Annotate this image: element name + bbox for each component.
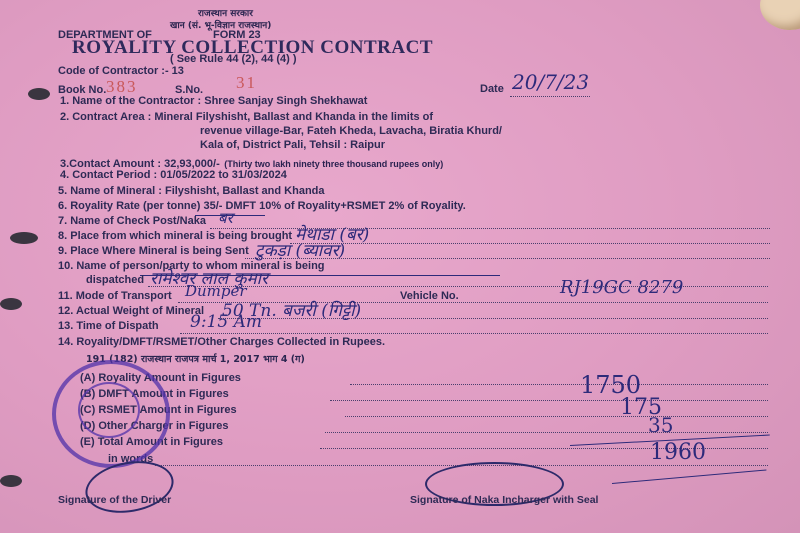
rsmet-amount-line — [345, 416, 768, 417]
field-contract-area: 2. Contract Area : Mineral Filyshisht, B… — [60, 111, 433, 123]
royality-amount-line — [350, 384, 768, 385]
time-line — [180, 333, 768, 334]
field-mineral-name: 5. Name of Mineral : Filyshisht, Ballast… — [58, 185, 325, 197]
serial-no-value: 31 — [236, 73, 257, 93]
date-underline — [510, 96, 590, 97]
field-transport-mode: 11. Mode of Transport — [58, 290, 172, 302]
dispatch-time-value: 9:15 Am — [190, 312, 262, 332]
dmft-amount-line — [330, 400, 768, 401]
rule-reference: ( See Rule 44 (2), 44 (4) ) — [170, 53, 297, 65]
field-dispatched: dispatched — [86, 274, 144, 286]
field-dispatch-time: 13. Time of Dispath — [58, 320, 159, 332]
binding-hole — [10, 232, 38, 244]
book-no-value: 383 — [106, 77, 138, 97]
binding-hole — [0, 298, 22, 310]
field-contractor-name: 1. Name of the Contractor : Shree Sanjay… — [60, 95, 367, 107]
field-contract-area-line3: Kala of, District Pali, Tehsil : Raipur — [200, 139, 385, 151]
place-to-value: टुकड़ा (ब्यावर) — [255, 238, 345, 261]
field-royality-rate: 6. Royality Rate (per tonne) 35/- DMFT 1… — [58, 200, 466, 212]
vehicle-no-value: RJ19GC 8279 — [560, 277, 683, 298]
naka-signature-label: Signature of Naka Incharger with Seal — [410, 494, 598, 506]
field-charges-heading: 14. Royality/DMFT/RSMET/Other Charges Co… — [58, 336, 385, 348]
contract-amount-words: (Thirty two lakh ninety three thousand r… — [224, 159, 443, 169]
driver-signature-label: Signature of the Driver — [58, 494, 171, 506]
contractor-code: Code of Contractor :- 13 — [58, 65, 184, 77]
field-contract-period: 4. Contact Period : 01/05/2022 to 31/03/… — [60, 169, 287, 181]
total-amount-value: 1960 — [650, 440, 706, 465]
check-post-value: बर — [218, 208, 233, 228]
binding-hole — [28, 88, 50, 100]
thumb-in-photo — [760, 0, 800, 30]
vehicle-no-label: Vehicle No. — [400, 290, 459, 302]
date-label: Date — [480, 83, 504, 95]
other-charges-line — [325, 432, 768, 433]
rsmet-amount-value: 35 — [648, 413, 673, 437]
official-seal-inner-ring — [78, 382, 140, 438]
field-contract-area-line2: revenue village-Bar, Fateh Kheda, Lavach… — [200, 125, 502, 137]
field-actual-weight: 12. Actual Weight of Mineral — [58, 305, 204, 317]
field-check-post: 7. Name of Check Post/Naka — [58, 215, 206, 227]
binding-hole — [0, 475, 22, 487]
field-place-to: 9. Place Where Mineral is being Sent — [58, 245, 249, 257]
date-value: 20/7/23 — [512, 70, 589, 94]
in-words-rule-line — [612, 469, 766, 484]
check-post-line — [210, 228, 770, 229]
